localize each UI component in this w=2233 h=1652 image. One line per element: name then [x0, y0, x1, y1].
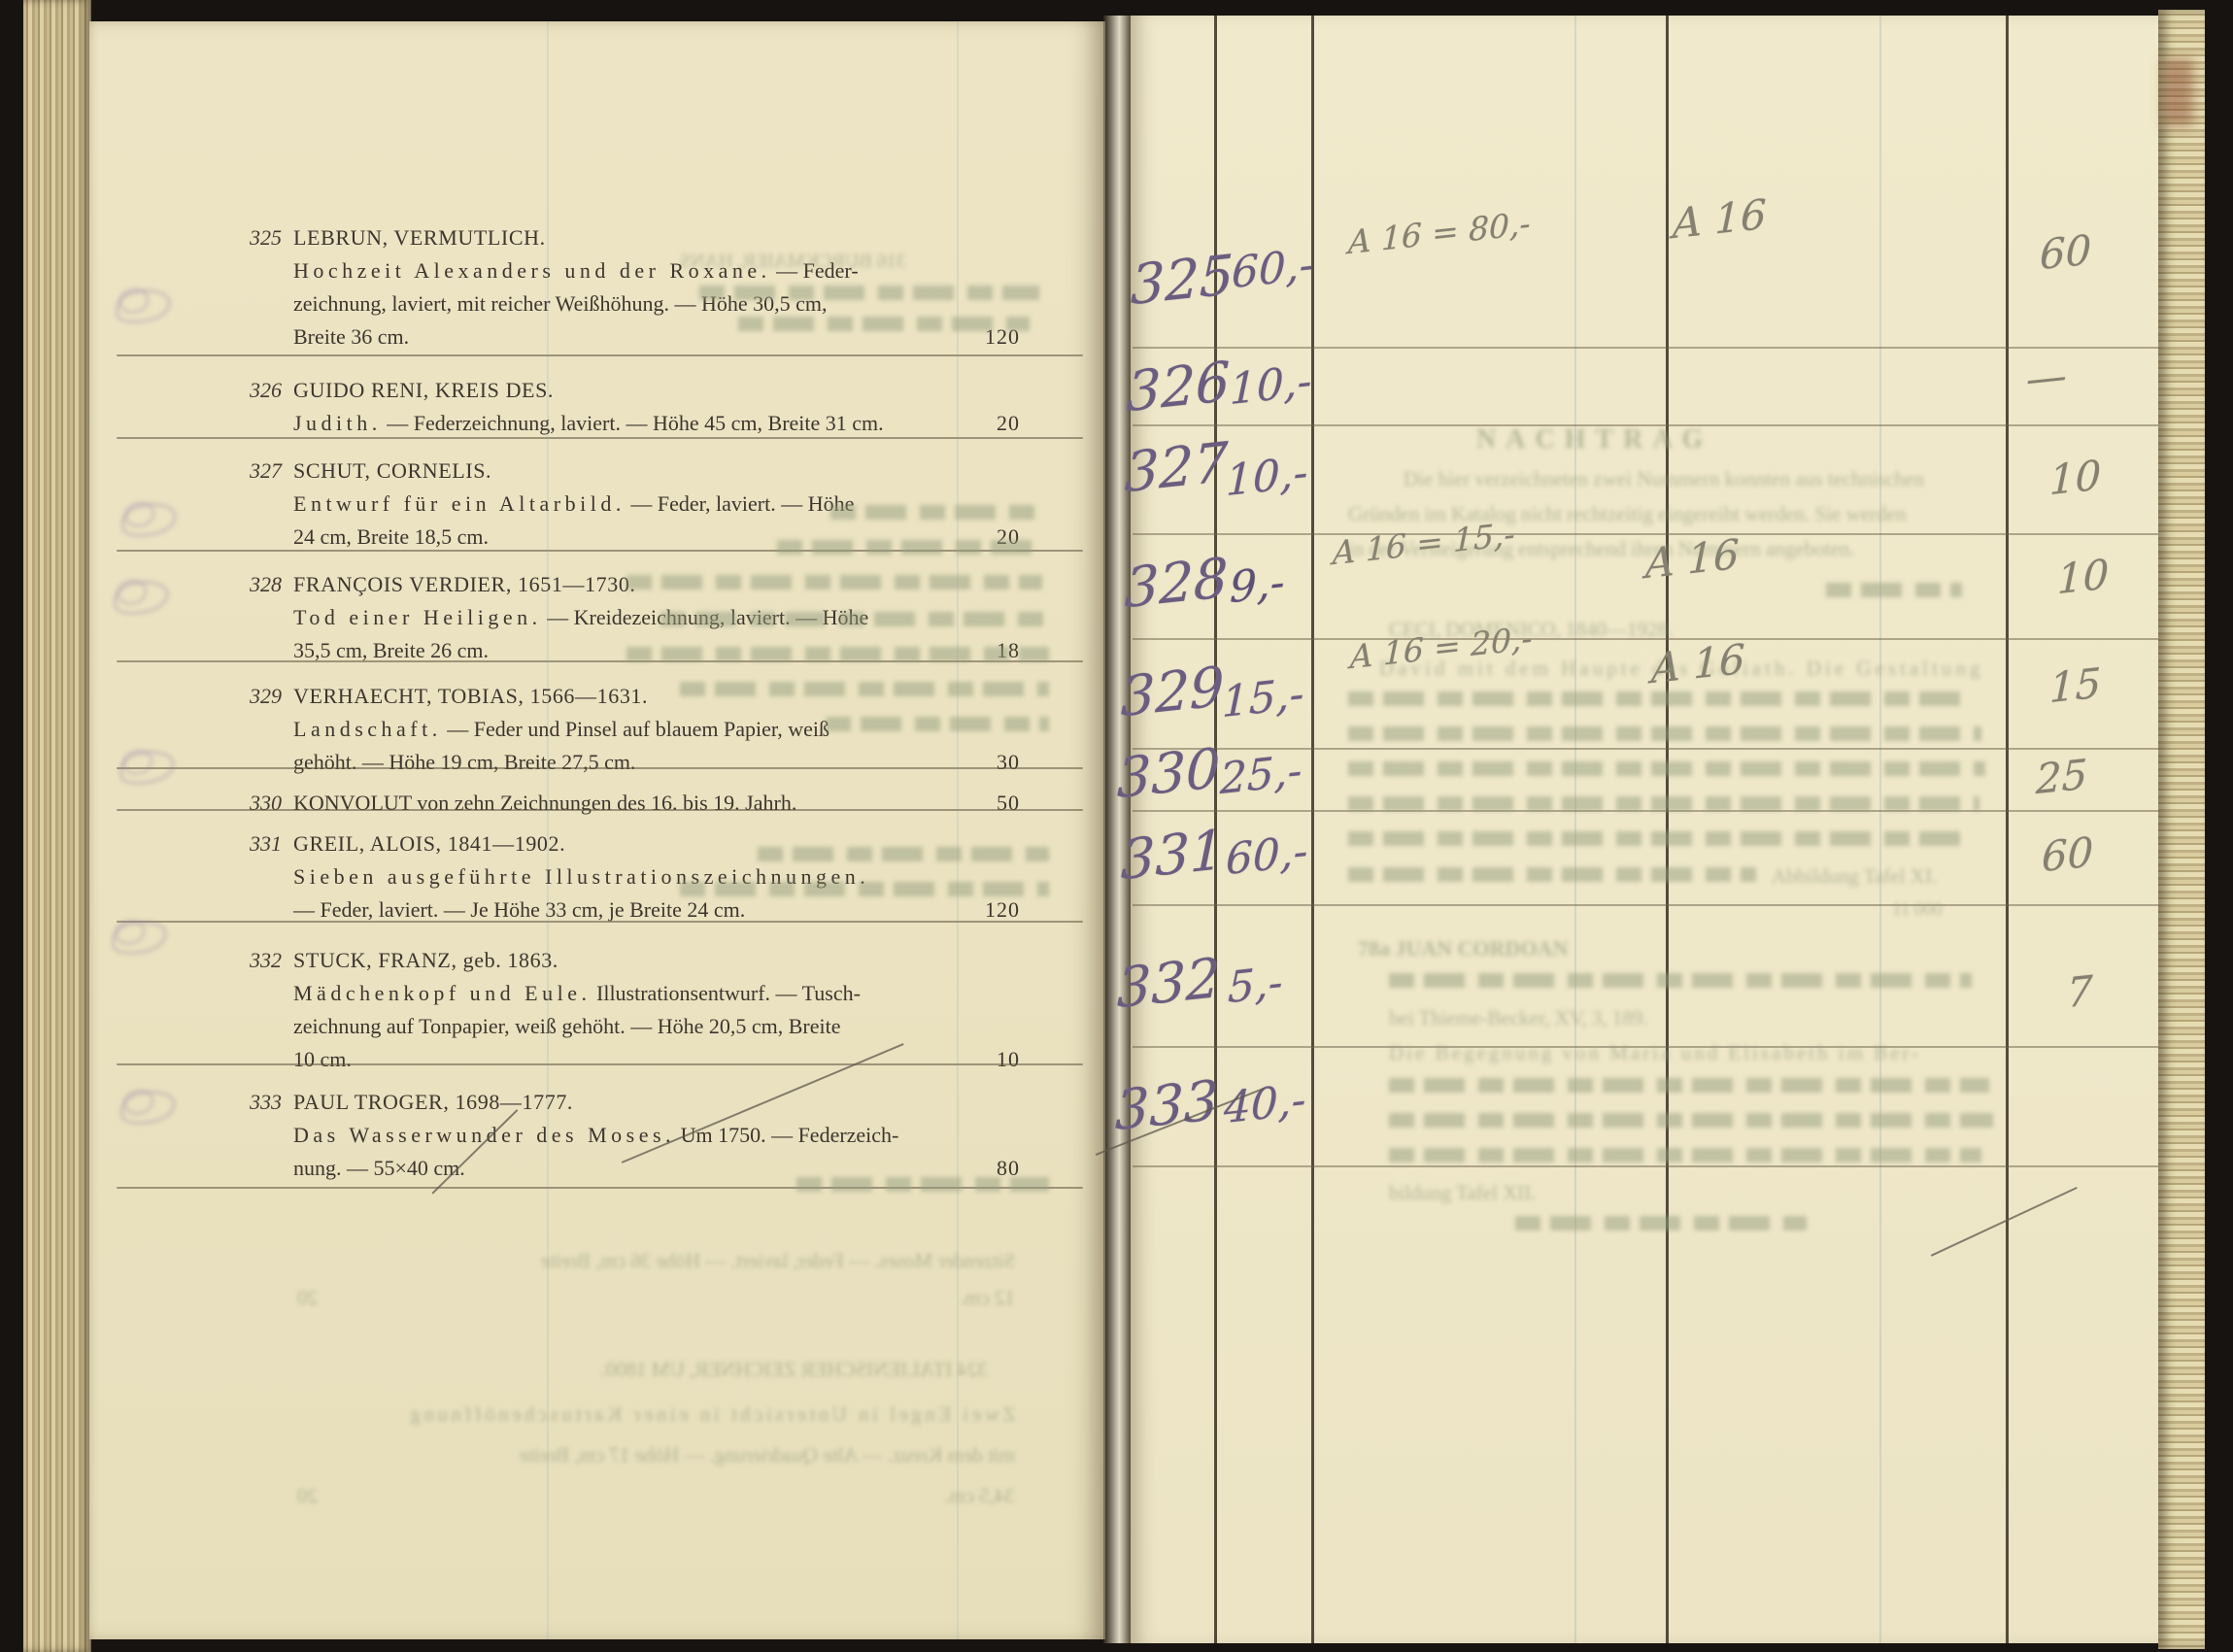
lot-number: 330 — [243, 787, 282, 820]
ghost-bar-mirrored — [660, 612, 1049, 626]
entry-line: Judith. — Federzeichnung, laviert. — Höh… — [293, 407, 1020, 440]
lot-number: 326 — [243, 374, 282, 407]
hw-lot-number: 330 — [1116, 737, 1220, 812]
hw-price: 10,- — [1230, 356, 1312, 415]
ghost-bar — [1348, 831, 1970, 846]
hw-lot-number: 326 — [1126, 351, 1230, 425]
entry-line: 10 cm.10 — [293, 1043, 1020, 1076]
ghost-bar-mirrored — [738, 317, 1030, 331]
ledger-column-line-faint — [1879, 16, 1881, 1643]
lot-number: 332 — [243, 944, 282, 977]
ghost-line-mirrored: 34,5 cm.20 — [291, 1484, 1015, 1508]
catalog-entry: 326 GUIDO RENI, KREIS DES. Judith. — Fed… — [243, 374, 1020, 440]
ghost-bar-mirrored — [777, 540, 1037, 555]
ghost-line: 11 000 — [1892, 899, 1943, 921]
pencil-result: 60 — [2040, 225, 2092, 279]
hw-price: 9,- — [1230, 557, 1285, 613]
ghost-bar-mirrored — [680, 882, 1049, 896]
ghost-bar-mirrored — [680, 682, 1049, 696]
ghost-line: Die hier verzeichneten zwei Nummern konn… — [1404, 467, 1924, 491]
entry-text: — Feder, laviert. — Höhe — [626, 491, 855, 516]
entry-title-spaced: Tod einer Heiligen. — [293, 605, 542, 629]
hw-price: 10,- — [1226, 448, 1308, 506]
lot-number: 331 — [243, 827, 282, 860]
entry-text: 35,5 cm, Breite 26 cm. — [293, 638, 489, 662]
entry-text: nung. — 55×40 cm. — [293, 1156, 465, 1180]
entry-price: 10 — [997, 1043, 1020, 1076]
entry-text: zeichnung auf Tonpapier, weiß gehöht. — … — [293, 1014, 841, 1038]
catalog-entry: 327 SCHUT, CORNELIS. Entwurf für ein Alt… — [243, 455, 1020, 554]
hw-price: 25,- — [1220, 746, 1303, 804]
ledger-column-line — [1666, 16, 1669, 1643]
ghost-bar-mirrored — [796, 1177, 1049, 1192]
ghost-line-mirrored: 12 cm.20 — [291, 1286, 1015, 1310]
catalog-entry: 333 PAUL TROGER, 1698—1777. Das Wasserwu… — [243, 1086, 1020, 1185]
entry-price: 20 — [997, 407, 1020, 440]
ghost-bar — [1348, 691, 1970, 706]
ghost-text: 324 ITALIENISCHER ZEICHNER, UM 1800. — [601, 1358, 988, 1381]
lot-number: 325 — [243, 221, 282, 254]
ledger-column-line-faint — [1574, 16, 1576, 1643]
ghost-bar — [1348, 761, 1985, 776]
ghost-bar-mirrored — [626, 575, 1042, 590]
hw-lot-number: 325 — [1130, 244, 1234, 319]
separator-rule — [117, 1063, 1083, 1065]
hw-price: 15,- — [1222, 669, 1304, 727]
edge-stain — [2164, 58, 2193, 126]
lot-number: 329 — [243, 680, 282, 713]
ghost-bar-mirrored — [626, 647, 1049, 661]
entry-text: Illustrationsentwurf. — Tusch- — [592, 981, 861, 1005]
ghost-line-mirrored: Sitzender Moses. — Feder, laviert. — Höh… — [291, 1249, 1015, 1273]
ledger-column-line — [2006, 16, 2009, 1643]
ghost-line: CECI, DOMENICO, 1840—1928. — [1389, 618, 1673, 642]
ghost-line: bei Thieme-Becker, XV, 3, 189. — [1389, 1006, 1648, 1030]
ghost-bar — [1389, 1078, 1989, 1093]
entry-artist: LEBRUN, VERMUTLICH. — [293, 221, 1020, 254]
ghost-bar — [1515, 1216, 1807, 1231]
ghost-bar — [1389, 1148, 1981, 1163]
ghost-line-mirrored: 316 BURCKMAIER, HANS — [680, 251, 906, 273]
entry-price: 30 — [997, 746, 1020, 779]
separator-rule — [117, 809, 1083, 811]
ledger-line-bleed — [547, 21, 549, 1639]
entry-artist: PAUL TROGER, 1698—1777. — [293, 1086, 1020, 1119]
ghost-line-mirrored: mit dem Kreuz. — Alte Quadrierung. — Höh… — [291, 1443, 1015, 1467]
entry-text: — Feder, laviert. — Je Höhe 33 cm, je Br… — [293, 897, 745, 922]
pencil-result: 25 — [2036, 750, 2088, 803]
separator-rule — [117, 767, 1083, 769]
separator-rule — [117, 921, 1083, 923]
entry-text: — Feder und Pinsel auf blauem Papier, we… — [442, 717, 829, 741]
hw-lot-number: 329 — [1120, 656, 1224, 730]
ghost-text: Zwei Engel in Untersicht in einer Kartus… — [407, 1402, 1015, 1426]
ghost-bar-mirrored — [699, 286, 1039, 300]
entry-title-spaced: Landschaft. — [293, 717, 442, 741]
ghost-text: Sitzender Moses. — Feder, laviert. — Höh… — [541, 1249, 1015, 1272]
entry-line: Hochzeit Alexanders und der Roxane. — Fe… — [293, 254, 1020, 287]
ghost-line: 78a JUAN CORDOAN — [1358, 936, 1568, 961]
ledger-line-bleed — [957, 21, 959, 1639]
ghost-bar — [1348, 796, 1979, 811]
ghost-line: NACHTRAG — [1476, 424, 1712, 455]
ghost-price: 20 — [297, 1484, 318, 1508]
ghost-bar — [1389, 1113, 1993, 1128]
hw-lot-number: 332 — [1116, 947, 1220, 1022]
pencil-result: 15 — [2049, 658, 2102, 712]
separator-rule — [117, 354, 1083, 356]
ghost-bar-mirrored — [758, 847, 1049, 861]
entry-text: gehöht. — Höhe 19 cm, Breite 27,5 cm. — [293, 750, 636, 774]
lot-number: 327 — [243, 455, 282, 488]
book-fore-edge-right — [2158, 10, 2205, 1649]
ghost-bar — [1348, 726, 1981, 741]
catalog-scan-spread: { "left_page": { "entries": [ {"lot":"32… — [0, 0, 2233, 1652]
pencil-result: 10 — [2057, 550, 2110, 603]
pencil-result: 60 — [2042, 827, 2094, 881]
entry-text: — Federzeichnung, laviert. — Höhe 45 cm,… — [382, 411, 884, 435]
catalog-entry: 331 GREIL, ALOIS, 1841—1902. Sieben ausg… — [243, 827, 1020, 927]
ghost-line-mirrored: 324 ITALIENISCHER ZEICHNER, UM 1800. — [264, 1358, 988, 1382]
ghost-line-mirrored: Zwei Engel in Untersicht in einer Kartus… — [291, 1402, 1015, 1427]
ledger-row-rule — [1133, 1165, 2158, 1167]
pencil-result: — — [2026, 351, 2068, 403]
ghost-bar — [1826, 583, 1962, 597]
lot-number: 333 — [243, 1086, 282, 1119]
lot-number: 328 — [243, 568, 282, 601]
ghost-bar-mirrored — [826, 717, 1049, 731]
ghost-line: in der Versteigerung entsprechend ihren … — [1348, 537, 1855, 561]
entry-text: 10 cm. — [293, 1047, 352, 1071]
pencil-result: 7 — [2067, 966, 2093, 1017]
entry-text: Breite 36 cm. — [293, 324, 409, 349]
entry-line: Mädchenkopf und Eule. Illustrationsentwu… — [293, 977, 1020, 1010]
entry-artist: STUCK, FRANZ, geb. 1863. — [293, 944, 1020, 977]
hw-price: 40,- — [1224, 1075, 1306, 1133]
ghost-text: mit dem Kreuz. — Alte Quadrierung. — Höh… — [520, 1443, 1015, 1467]
ghost-bar — [1389, 973, 1972, 988]
ghost-line: Abbildung Tafel XI. — [1772, 864, 1937, 889]
hw-price: 60,- — [1232, 240, 1314, 298]
entry-title-spaced: Judith. — [293, 411, 382, 435]
hw-a16-mark: A 16 — [1673, 190, 1767, 249]
separator-rule — [117, 437, 1083, 439]
hw-price: 60,- — [1226, 826, 1308, 885]
entry-line: gehöht. — Höhe 19 cm, Breite 27,5 cm.30 — [293, 746, 1020, 779]
hw-lot-number: 327 — [1124, 431, 1228, 506]
entry-price: 50 — [997, 787, 1020, 820]
entry-line: zeichnung auf Tonpapier, weiß gehöht. — … — [293, 1010, 1020, 1043]
entry-text: KONVOLUT von zehn Zeichnungen des 16. bi… — [293, 791, 796, 815]
ghost-line: David mit dem Haupte des Goliath. Die Ge… — [1379, 657, 1983, 681]
entry-text: 24 cm, Breite 18,5 cm. — [293, 524, 489, 549]
ghost-text: 34,5 cm. — [944, 1484, 1015, 1507]
ghost-line: bildung Tafel XII. — [1389, 1181, 1537, 1205]
catalog-entry: 330 KONVOLUT von zehn Zeichnungen des 16… — [243, 787, 1020, 820]
pencil-result: 10 — [2049, 451, 2102, 504]
entry-line: KONVOLUT von zehn Zeichnungen des 16. bi… — [293, 787, 1020, 820]
ledger-row-rule — [1133, 347, 2158, 349]
ghost-line: Gründen im Katalog nicht rechtzeitig ein… — [1348, 502, 1906, 526]
entry-artist: SCHUT, CORNELIS. — [293, 455, 1020, 488]
ghost-price: 20 — [297, 1286, 318, 1310]
ledger-row-rule — [1133, 904, 2158, 906]
entry-artist: GUIDO RENI, KREIS DES. — [293, 374, 1020, 407]
catalog-entry: 332 STUCK, FRANZ, geb. 1863. Mädchenkopf… — [243, 944, 1020, 1076]
book-fore-edge-left — [23, 0, 91, 1652]
ghost-bar — [1348, 867, 1756, 882]
ledger-row-rule — [1133, 533, 2158, 535]
entry-title-spaced: Entwurf für ein Altarbild. — [293, 491, 626, 516]
ghost-bar-mirrored — [830, 505, 1039, 520]
ghost-line: Die Begegnung von Maria und Elisabeth im… — [1389, 1041, 1921, 1065]
ghost-text: 12 cm. — [960, 1286, 1015, 1309]
hw-price: 5,- — [1228, 958, 1283, 1013]
hw-lot-number: 333 — [1114, 1069, 1218, 1144]
hw-lot-number: 328 — [1124, 547, 1228, 622]
hw-lot-number: 331 — [1120, 819, 1224, 893]
